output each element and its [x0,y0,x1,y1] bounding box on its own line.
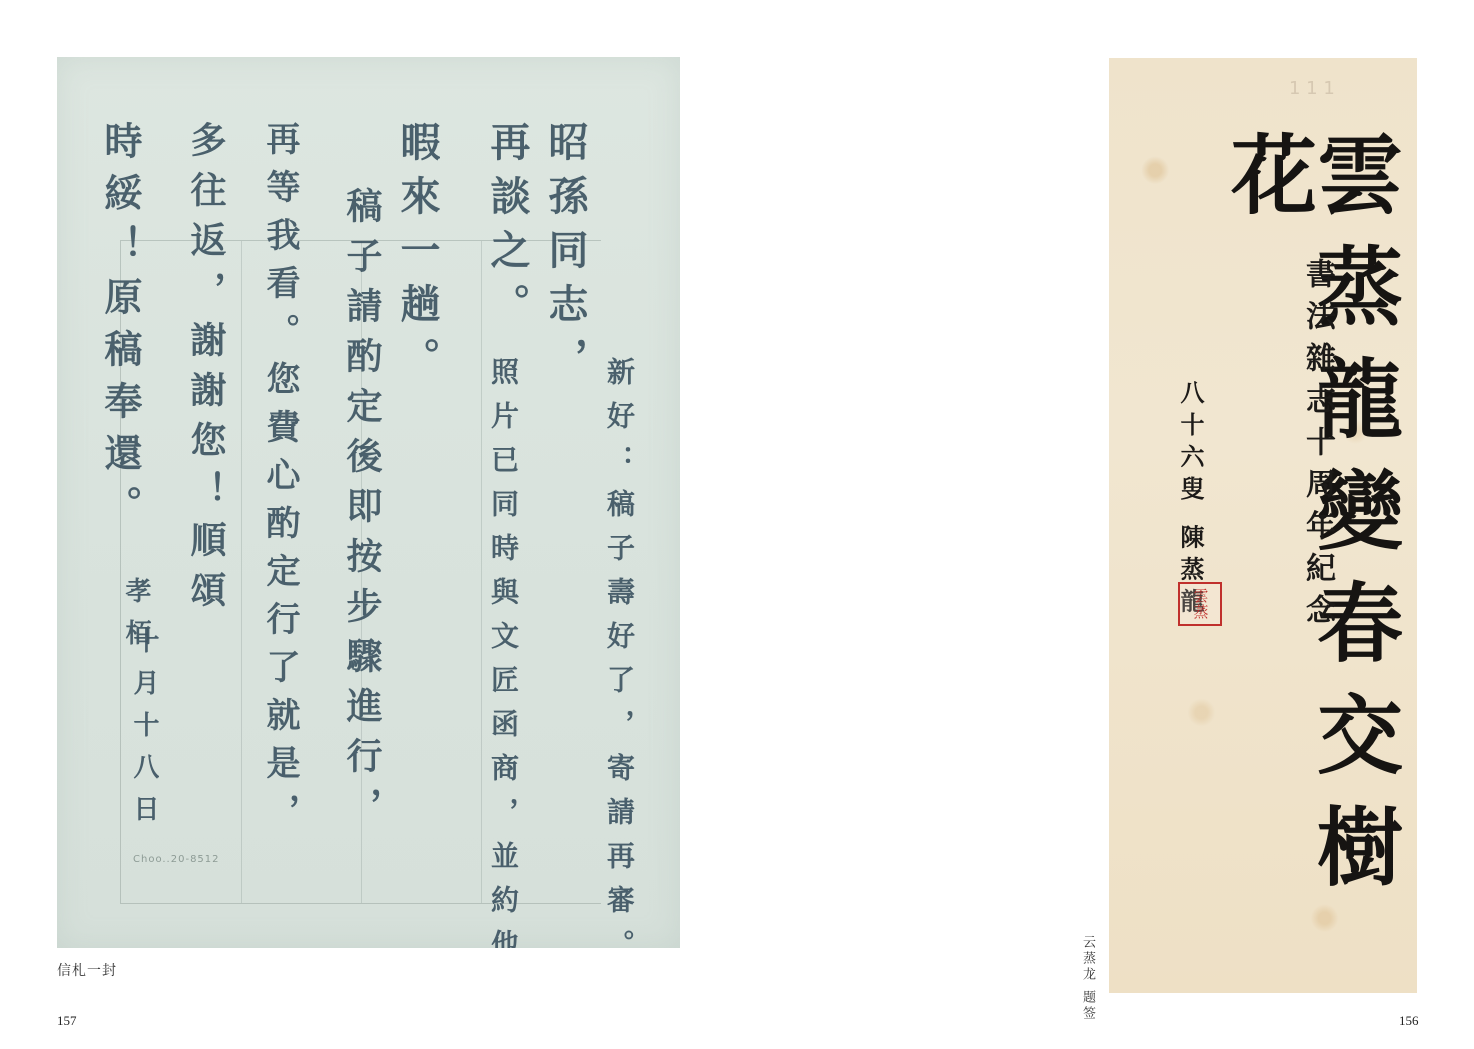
letter-column-5: 再等我看。您費心酌定行了就是， [263,121,297,841]
letter-column-2: 再談之。 [487,121,527,337]
ruled-line [241,241,242,903]
letter-signature: 孝栢 [123,577,149,661]
red-seal-icon: 雲蒸 [1178,582,1222,626]
calligraphy-scroll-image: 1 1 1 雲蒸龍變春交樹花 書法雜志十周年紀念 八十六叟 陳蒸龍 雲蒸 [1109,58,1417,993]
letter-column-4: 稿子請酌定後即按步驟進行， [343,187,379,837]
letter-column-6: 多往返，謝謝您！順頌 [187,121,223,621]
faint-mark: 1 1 1 [1289,78,1335,99]
letter-image: 昭孫同志， 新好：稿子壽好了，寄請再審。 再談之。 照片已同時與文匠函商，並約他… [57,57,680,948]
page-number-left: 157 [57,1013,77,1029]
page-number-right: 156 [1399,1013,1419,1029]
caption-letter: 信札一封 [57,960,117,980]
letter-column-7: 時綏！原稿奉還。 [101,121,139,537]
inscription: 書法雜志十周年紀念 [1295,258,1339,636]
letter-column-1: 昭孫同志， [545,121,585,391]
ruled-line [481,241,482,903]
paper-stamp: Choo..20-8512 [133,854,220,865]
letter-column-2-cont: 照片已同時與文匠函商，並約他抽 [489,357,517,948]
letter-column-3: 暇來一趟。 [397,121,437,391]
caption-scroll: 云蒸龙 题签 [1078,935,1097,1022]
letter-column-1-cont: 新好：稿子壽好了，寄請再審。 [605,357,633,948]
